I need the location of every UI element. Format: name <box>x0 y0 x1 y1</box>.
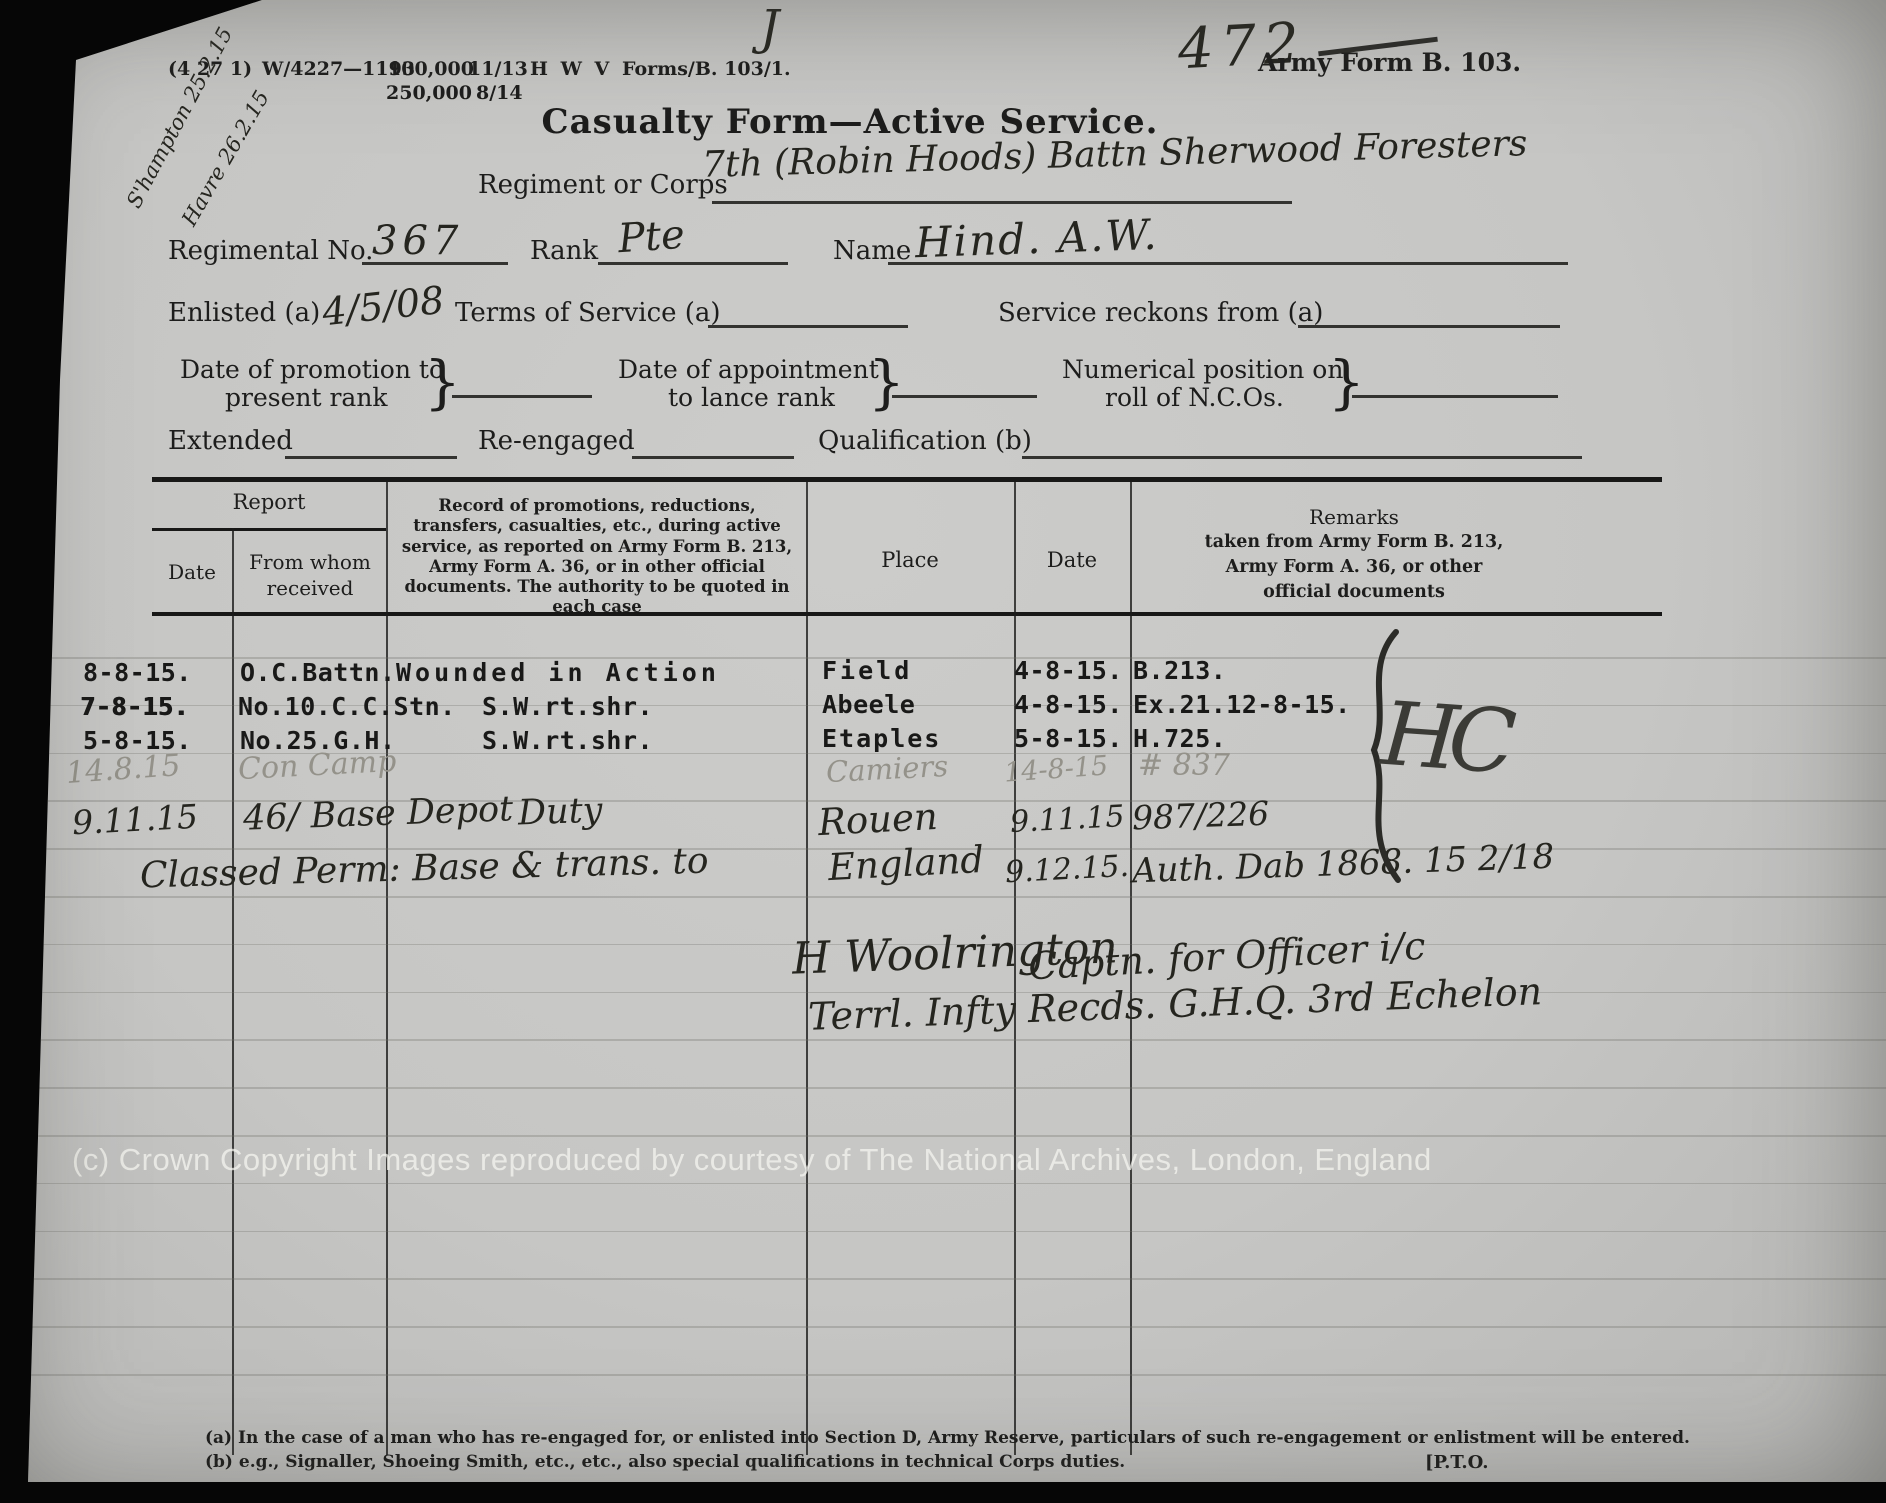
name-blank <box>888 262 1568 265</box>
row-remarks: Ex.21.12-8-15. <box>1133 690 1351 719</box>
row-date: 14.8.15 <box>65 748 182 791</box>
regiment-blank-line <box>712 201 1292 204</box>
row-place: England <box>827 838 985 889</box>
col-header-fromwhom-2: received <box>236 576 384 600</box>
print-qty-2: 250,000 <box>386 82 472 104</box>
row-record: S.W.rt.shr. <box>482 726 653 755</box>
promotion-brace <box>424 348 461 416</box>
regimental-no-value: 367 <box>372 218 463 264</box>
rank-blank <box>598 262 788 265</box>
row-place: Etaples <box>822 724 941 753</box>
crown-copyright-watermark: (c) Crown Copyright Images reproduced by… <box>72 1142 1432 1178</box>
row-date: 7-8-15. <box>80 692 189 721</box>
promotion-label-line2: present rank <box>225 383 388 412</box>
row-record: S.W.rt.shr. <box>482 692 653 721</box>
appointment-label-line2: to lance rank <box>668 383 835 412</box>
row-report-date: 5-8-15. <box>1014 724 1123 753</box>
handwritten-tick: J <box>760 0 779 56</box>
row-place: Abeele <box>822 690 915 719</box>
terms-of-service-label: Terms of Service (a) <box>455 298 721 328</box>
row-record: Duty <box>517 791 603 834</box>
reengaged-label: Re-engaged <box>478 426 635 456</box>
pto-label: [P.T.O. <box>1425 1452 1489 1473</box>
promotion-label-line1: Date of promotion to <box>180 355 444 384</box>
row-place: Field <box>822 656 912 685</box>
row-date: 8-8-15. <box>83 658 192 687</box>
row-report-date: 14-8-15 <box>1003 750 1109 788</box>
row-report-date: 4-8-15. <box>1014 656 1123 685</box>
row-report-date: 4-8-15. <box>1014 690 1123 719</box>
print-initials: H W V <box>530 58 612 80</box>
name-value: Hind. A.W. <box>914 210 1159 267</box>
row-from-whom: Con Camp <box>237 744 397 787</box>
table-header-bottom-rule <box>152 612 1662 616</box>
row-report-date: 9.11.15 <box>1009 799 1125 840</box>
scanned-casualty-form: (4 27 1) W/4227—1193 100,000 250,000 11/… <box>0 0 1886 1503</box>
print-date-2: 8/14 <box>476 82 523 104</box>
terms-blank <box>708 325 908 328</box>
col-header-date2: Date <box>1014 548 1130 572</box>
column-line-date <box>232 528 234 1455</box>
regimental-no-label: Regimental No. <box>168 236 373 266</box>
row-place: Rouen <box>817 795 939 844</box>
numerical-blank <box>1352 395 1558 398</box>
regimental-no-blank <box>362 262 508 265</box>
row-from-whom: O.C.Battn. <box>240 658 396 687</box>
army-form-number: Army Form B. 103. <box>1258 48 1521 77</box>
col-header-date: Date <box>152 560 232 584</box>
qualification-blank <box>1022 456 1582 459</box>
col-header-remarks-2: taken from Army Form B. 213, <box>1134 532 1574 552</box>
row-from-whom: Classed Perm: Base & trans. to <box>140 841 709 897</box>
numerical-label-line2: roll of N.C.Os. <box>1105 383 1284 412</box>
promotion-blank <box>452 395 592 398</box>
report-sub-rule <box>152 528 386 531</box>
col-header-place: Place <box>806 548 1014 572</box>
row-from-whom: 46/ Base Depot <box>242 789 513 838</box>
print-forms-ref: Forms/B. 103/1. <box>622 58 791 80</box>
col-header-remarks-3: Army Form A. 36, or other <box>1134 557 1574 577</box>
row-remarks: B.213. <box>1133 656 1226 685</box>
paper-sheet: (4 27 1) W/4227—1193 100,000 250,000 11/… <box>0 0 1886 1503</box>
col-header-report: Report <box>152 490 386 514</box>
service-reckons-label: Service reckons from (a) <box>998 298 1323 328</box>
print-date-1: 11/13 <box>468 58 528 80</box>
row-from-whom: No.10.C.C.Stn. <box>238 692 456 721</box>
row-date: 9.11.15 <box>71 797 199 843</box>
row-remarks: # 837 <box>1138 748 1230 783</box>
footnote-b: (b) e.g., Signaller, Shoeing Smith, etc.… <box>205 1452 1125 1472</box>
extended-blank <box>285 456 457 459</box>
reengaged-blank <box>632 456 794 459</box>
regiment-label: Regiment or Corps <box>478 170 728 200</box>
numerical-label-line1: Numerical position on <box>1062 355 1343 384</box>
row-place: Camiers <box>825 749 949 789</box>
row-remarks: 987/226 <box>1131 794 1269 838</box>
column-line-fromwhom <box>386 482 388 1455</box>
col-header-remarks-1: Remarks <box>1134 505 1574 529</box>
row-record: Wounded in Action <box>396 658 720 687</box>
col-header-record: Record of promotions, reductions, transf… <box>396 496 798 618</box>
monogram: HC <box>1379 682 1510 793</box>
qualification-label: Qualification (b) <box>818 426 1032 456</box>
rank-label: Rank <box>530 236 598 266</box>
rank-value: Pte <box>616 212 686 263</box>
footnote-a: (a) In the case of a man who has re-enga… <box>205 1428 1690 1448</box>
row-report-date: 9.12.15. <box>1004 849 1130 890</box>
service-reckons-blank <box>1298 325 1560 328</box>
enlisted-label: Enlisted (a) <box>168 298 320 328</box>
numerical-brace <box>1328 348 1365 416</box>
col-header-remarks-4: official documents <box>1134 582 1574 602</box>
appointment-blank <box>892 395 1037 398</box>
print-qty-1: 100,000 <box>388 58 474 80</box>
enlisted-value: 4/5/08 <box>320 278 446 335</box>
table-rule-top <box>152 477 1662 482</box>
extended-label: Extended <box>168 426 293 456</box>
appointment-brace <box>868 348 905 416</box>
col-header-fromwhom-1: From whom <box>236 550 384 574</box>
appointment-label-line1: Date of appointment <box>618 355 879 384</box>
